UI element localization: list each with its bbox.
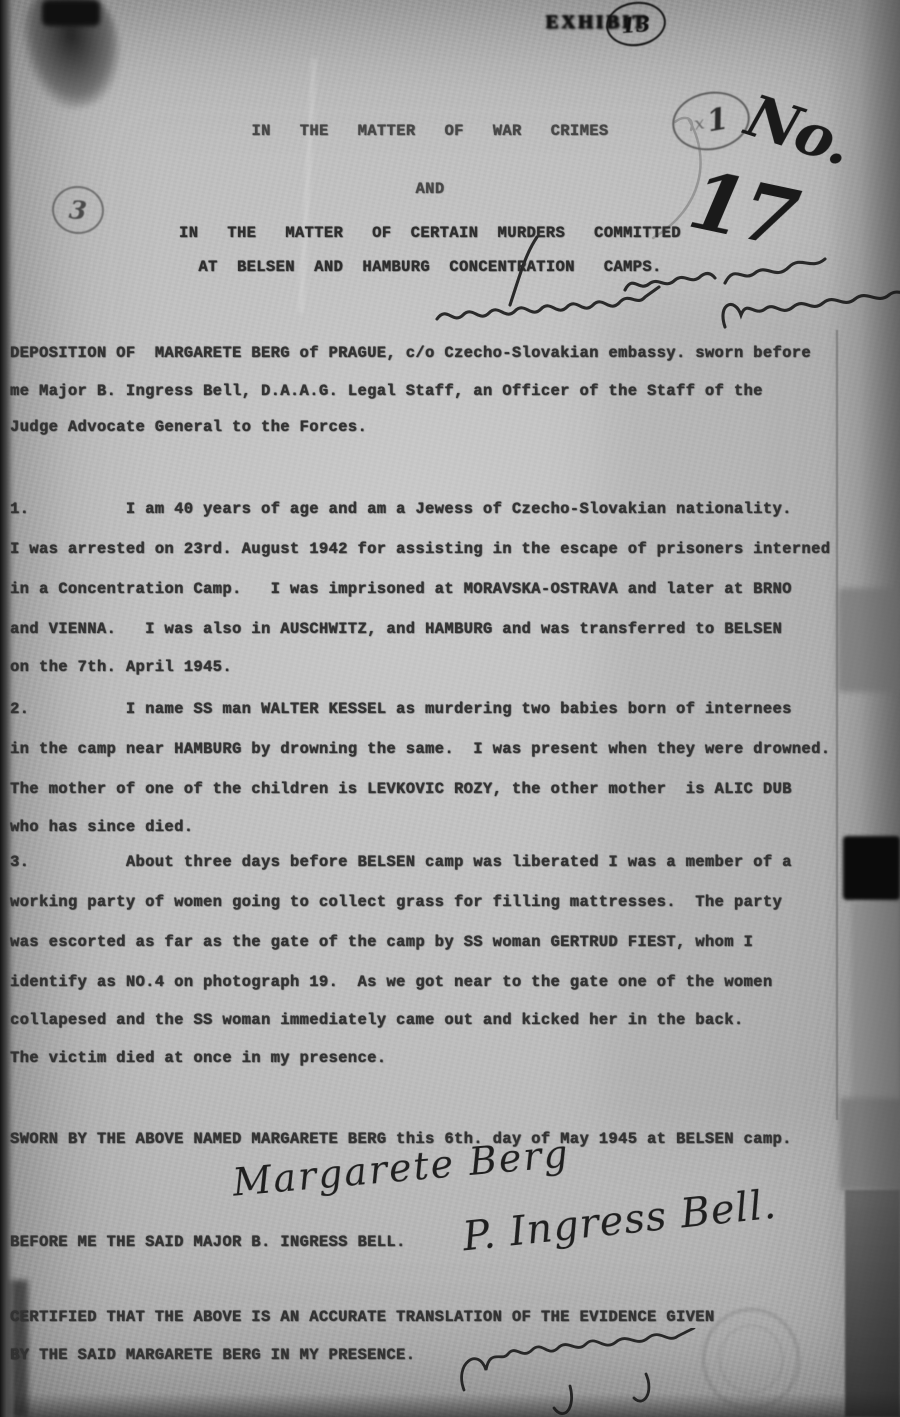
paragraph-2-line: in the camp near HAMBURG by drowning the…	[10, 740, 830, 759]
paragraph-1-line: 1. I am 40 years of age and am a Jewess …	[10, 500, 792, 519]
tape-blemish	[852, 902, 900, 1100]
title-line-1: IN THE MATTER OF WAR CRIMES	[0, 122, 860, 141]
paragraph-3-line: The victim died at once in my presence.	[10, 1049, 386, 1068]
top-left-dark-mark	[42, 0, 100, 26]
bottom-right-shadow	[845, 1190, 900, 1417]
title-line-2: IN THE MATTER OF CERTAIN MURDERS COMMITT…	[0, 224, 860, 243]
exhibit-number: 13	[621, 11, 652, 38]
paragraph-3-line: working party of women going to collect …	[10, 893, 782, 912]
handwritten-17: 17	[681, 152, 804, 266]
paragraph-1-line: in a Concentration Camp. I was imprisone…	[10, 580, 792, 599]
deposition-opening-line: DEPOSITION OF MARGARETE BERG of PRAGUE, …	[10, 344, 811, 363]
deposition-opening-line: Judge Advocate General to the Forces.	[10, 418, 367, 437]
paragraph-3-line: was escorted as far as the gate of the c…	[10, 933, 753, 952]
ingress-bell-signature: P. Ingress Bell.	[460, 1182, 778, 1261]
dark-tape-patch	[843, 836, 900, 900]
paragraph-2-line: who has since died.	[10, 818, 193, 837]
tape-blemish	[840, 1098, 900, 1190]
paragraph-3-line: identify as NO.4 on photograph 19. As we…	[10, 973, 772, 992]
exhibit-number-circle: 13	[603, 0, 669, 50]
and-separator: AND	[0, 180, 860, 199]
certification-line: BY THE SAID MARGARETE BERG IN MY PRESENC…	[10, 1346, 415, 1365]
deposition-opening-line: me Major B. Ingress Bell, D.A.A.G. Legal…	[10, 382, 763, 401]
paragraph-1-line: on the 7th. April 1945.	[10, 658, 232, 677]
deposition-document-scan: EXHIBIT 13 x 1 3 No. 17 IN THE MATTER OF…	[0, 0, 900, 1417]
certification-line: CERTIFIED THAT THE ABOVE IS AN ACCURATE …	[10, 1308, 715, 1327]
paragraph-2-line: 2. I name SS man WALTER KESSEL as murder…	[10, 700, 792, 719]
paragraph-2-line: The mother of one of the children is LEV…	[10, 780, 792, 799]
faint-round-stamp	[702, 1308, 800, 1410]
before-me-line: BEFORE ME THE SAID MAJOR B. INGRESS BELL…	[10, 1233, 406, 1252]
tape-blemish	[838, 588, 900, 692]
paper-sheet-edge	[836, 330, 838, 1120]
paragraph-1-line: and VIENNA. I was also in AUSCHWITZ, and…	[10, 620, 782, 639]
title-line-3: AT BELSEN AND HAMBURG CONCENTRATION CAMP…	[0, 258, 860, 277]
paragraph-3-line: 3. About three days before BELSEN camp w…	[10, 853, 792, 872]
paragraph-1-line: I was arrested on 23rd. August 1942 for …	[10, 540, 830, 559]
paragraph-3-line: collapesed and the SS woman immediately …	[10, 1011, 744, 1030]
